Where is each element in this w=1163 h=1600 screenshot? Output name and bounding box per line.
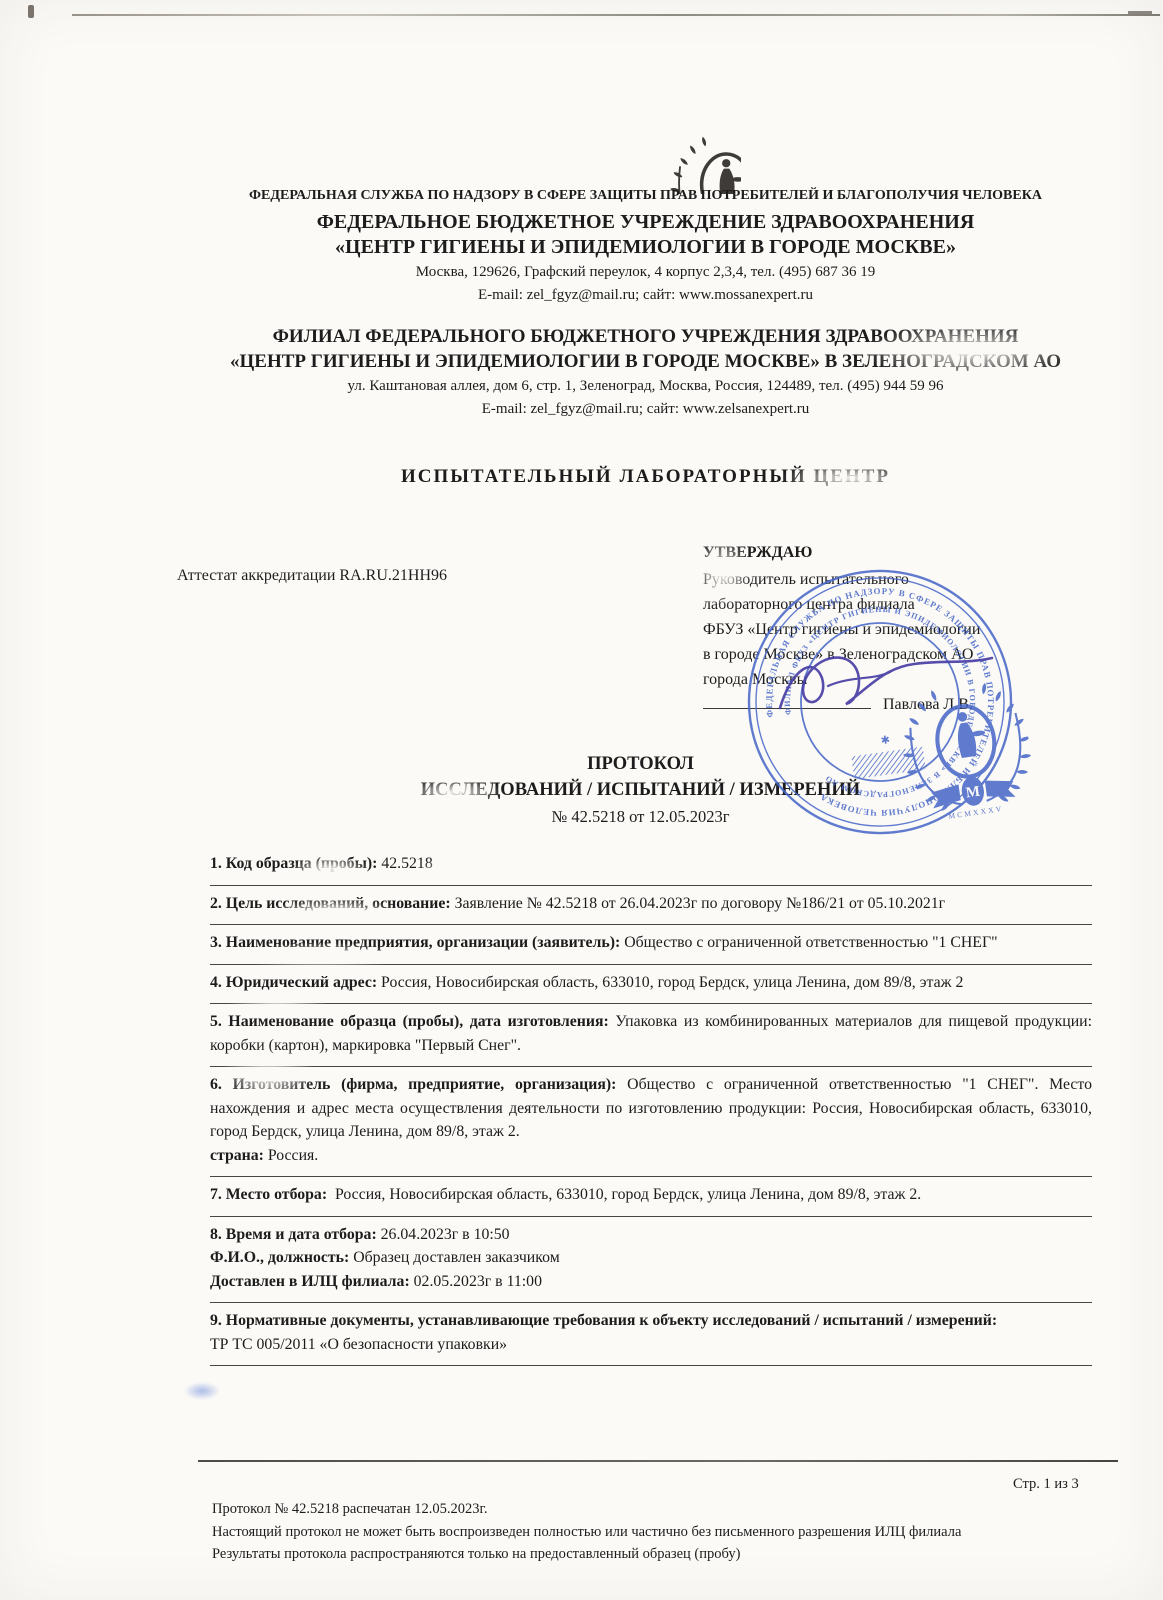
stamp-hatched-box xyxy=(851,747,926,780)
org-email: E-mail: zel_fgyz@mail.ru; сайт: www.moss… xyxy=(64,285,1163,306)
branch-name-line1: ФИЛИАЛ ФЕДЕРАЛЬНОГО БЮДЖЕТНОГО УЧРЕЖДЕНИ… xyxy=(64,324,1163,349)
item-value: Россия, Новосибирская область, 633010, г… xyxy=(331,1186,921,1203)
item-value: Россия. xyxy=(268,1147,318,1164)
handwritten-signature-icon xyxy=(762,606,1032,741)
item-value: Заявление № 42.5218 от 26.04.2023г по до… xyxy=(455,895,946,912)
item-value: 42.5218 xyxy=(381,855,432,872)
item-label: 3. Наименование предприятия, организации… xyxy=(210,934,624,951)
item-label: Доставлен в ИЛЦ филиала: xyxy=(210,1273,414,1290)
item-label: 9. Нормативные документы, устанавливающи… xyxy=(210,1312,997,1329)
item-sample-name: 5. Наименование образца (пробы), дата из… xyxy=(210,1004,1092,1067)
lab-center-title: ИСПЫТАТЕЛЬНЫЙ ЛАБОРАТОРНЫЙ ЦЕНТР xyxy=(64,466,1163,488)
scan-artifact-line xyxy=(72,14,1160,16)
item-sampling-time: 8. Время и дата отбора: 26.04.2023г в 10… xyxy=(210,1217,1092,1304)
scan-artifact-mark xyxy=(28,5,34,18)
item-label: 6. Изготовитель (фирма, предприятие, орг… xyxy=(210,1076,627,1093)
item-label: страна: xyxy=(210,1147,268,1164)
item-value: ТР ТС 005/2011 «О безопасности упаковки» xyxy=(210,1336,507,1353)
item-label: 1. Код образца (пробы): xyxy=(210,855,381,872)
item-label: 8. Время и дата отбора: xyxy=(210,1226,381,1243)
item-sampling-place: 7. Место отбора: Россия, Новосибирская о… xyxy=(210,1177,1092,1217)
item-applicant: 3. Наименование предприятия, организации… xyxy=(210,925,1092,965)
org-name-line1: ФЕДЕРАЛЬНОЕ БЮДЖЕТНОЕ УЧРЕЖДЕНИЕ ЗДРАВОО… xyxy=(64,210,1163,235)
footer-separator xyxy=(198,1460,1118,1462)
ink-smudge xyxy=(184,1382,220,1400)
branch-email: E-mail: zel_fgyz@mail.ru; сайт: www.zels… xyxy=(64,399,1163,420)
branch-address: ул. Каштановая аллея, дом 6, стр. 1, Зел… xyxy=(64,376,1163,397)
branch-name-line2: «ЦЕНТР ГИГИЕНЫ И ЭПИДЕМИОЛОГИИ В ГОРОДЕ … xyxy=(64,349,1163,374)
item-value: 26.04.2023г в 10:50 xyxy=(381,1226,510,1243)
federal-service-line: ФЕДЕРАЛЬНАЯ СЛУЖБА ПО НАДЗОРУ В СФЕРЕ ЗА… xyxy=(64,188,1163,204)
item-sample-code: 1. Код образца (пробы): 42.5218 xyxy=(210,846,1092,886)
head-org-block: ФЕДЕРАЛЬНАЯ СЛУЖБА ПО НАДЗОРУ В СФЕРЕ ЗА… xyxy=(64,188,1163,306)
footer-printed-line: Протокол № 42.5218 распечатан 12.05.2023… xyxy=(212,1498,1072,1521)
item-label: 4. Юридический адрес: xyxy=(210,974,381,991)
org-address: Москва, 129626, Графский переулок, 4 кор… xyxy=(64,262,1163,283)
footer-notes: Протокол № 42.5218 распечатан 12.05.2023… xyxy=(212,1498,1072,1566)
page-number-label: Стр. 1 из 3 xyxy=(1013,1476,1079,1493)
item-value: Россия, Новосибирская область, 633010, г… xyxy=(381,974,963,991)
branch-org-block: ФИЛИАЛ ФЕДЕРАЛЬНОГО БЮДЖЕТНОГО УЧРЕЖДЕНИ… xyxy=(64,324,1163,420)
rospotrebnadzor-emblem-icon xyxy=(573,74,741,194)
item-label: 7. Место отбора: xyxy=(210,1186,331,1203)
footer-note-line: Настоящий протокол не может быть воспрои… xyxy=(212,1521,1072,1544)
scan-artifact-mark xyxy=(1128,11,1152,14)
item-value: Общество с ограниченной ответственностью… xyxy=(624,934,997,951)
accreditation-line: Аттестат аккредитации RA.RU.21HH96 xyxy=(177,567,447,585)
item-manufacturer: 6. Изготовитель (фирма, предприятие, орг… xyxy=(210,1067,1092,1177)
item-label: Ф.И.О., должность: xyxy=(210,1249,353,1266)
protocol-items: 1. Код образца (пробы): 42.5218 2. Цель … xyxy=(210,846,1092,1366)
item-normative-docs: 9. Нормативные документы, устанавливающи… xyxy=(210,1303,1092,1366)
item-purpose: 2. Цель исследований, основание: Заявлен… xyxy=(210,886,1092,926)
item-label: 2. Цель исследований, основание: xyxy=(210,895,455,912)
org-name-line2: «ЦЕНТР ГИГИЕНЫ И ЭПИДЕМИОЛОГИИ В ГОРОДЕ … xyxy=(64,235,1163,260)
item-value: 02.05.2023г в 11:00 xyxy=(414,1273,542,1290)
item-legal-address: 4. Юридический адрес: Россия, Новосибирс… xyxy=(210,965,1092,1005)
item-value: Образец доставлен заказчиком xyxy=(353,1249,560,1266)
footer-note-line: Результаты протокола распространяются то… xyxy=(212,1543,1072,1566)
scanned-protocol-page: ФЕДЕРАЛЬНАЯ СЛУЖБА ПО НАДЗОРУ В СФЕРЕ ЗА… xyxy=(0,0,1163,1600)
item-label: 5. Наименование образца (пробы), дата из… xyxy=(210,1013,615,1030)
